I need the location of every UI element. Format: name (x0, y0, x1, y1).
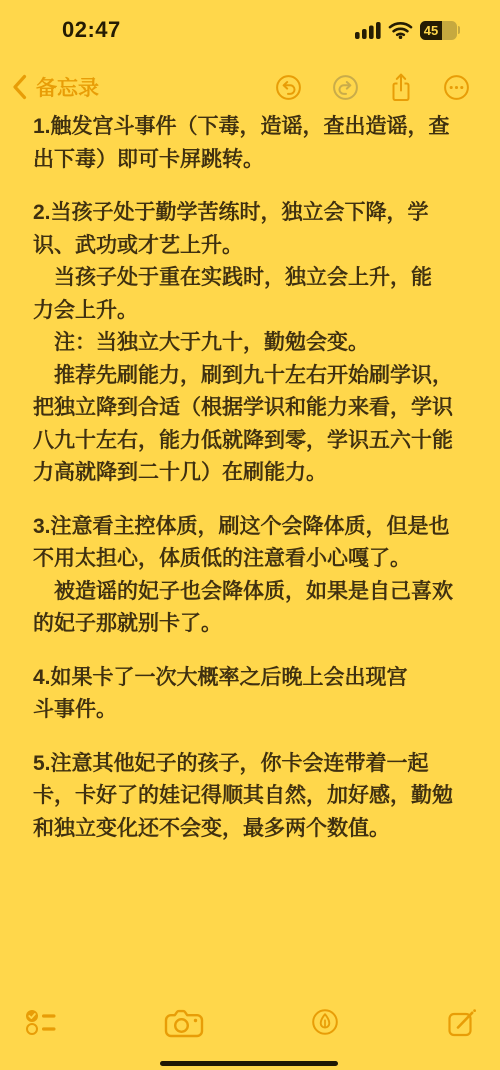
back-chevron-icon (12, 74, 27, 100)
note-line: 八九十左右，能力低就降到零，学识五六十能 (33, 425, 482, 458)
nav-actions (275, 72, 470, 103)
share-icon (389, 72, 413, 103)
note-content[interactable]: 1.触发宫斗事件（下毒，造谣，查出造谣，查出下毒）即可卡屏跳转。2.当孩子处于勤… (33, 111, 482, 866)
note-line: 和独立变化还不会变，最多两个数值。 (33, 813, 482, 846)
note-paragraph: 2.当孩子处于勤学苦练时，独立会下降，学识、武功或才艺上升。 当孩子处于重在实践… (33, 197, 482, 490)
bottom-toolbar (0, 999, 500, 1045)
notes-app-screen: 02:47 45 (0, 0, 500, 1070)
note-line: 出下毒）即可卡屏跳转。 (33, 144, 482, 177)
more-icon (443, 74, 470, 101)
note-line: 卡，卡好了的娃记得顺其自然，加好感，勤勉 (33, 780, 482, 813)
note-line: 识、武功或才艺上升。 (33, 230, 482, 263)
compose-button[interactable] (447, 1007, 477, 1037)
markup-icon (310, 1007, 340, 1037)
note-line: 不用太担心，体质低的注意看小心嘎了。 (33, 543, 482, 576)
compose-icon (447, 1007, 477, 1037)
battery-icon: 45 (420, 21, 461, 40)
checklist-icon (25, 1009, 57, 1036)
camera-button[interactable] (164, 1007, 204, 1038)
cellular-signal-icon (355, 21, 381, 40)
share-button[interactable] (389, 72, 413, 103)
note-line: 注：当独立大于九十，勤勉会变。 (33, 327, 482, 360)
status-time: 02:47 (62, 17, 121, 43)
home-indicator[interactable] (160, 1061, 338, 1066)
status-icons: 45 (355, 21, 461, 40)
note-line: 把独立降到合适（根据学识和能力来看，学识 (33, 392, 482, 425)
back-button[interactable]: 备忘录 (12, 72, 99, 102)
note-line: 3.注意看主控体质，刷这个会降体质，但是也 (33, 511, 482, 544)
note-paragraph: 1.触发宫斗事件（下毒，造谣，查出造谣，查出下毒）即可卡屏跳转。 (33, 111, 482, 176)
note-line: 被造谣的妃子也会降体质，如果是自己喜欢 (33, 576, 482, 609)
checklist-button[interactable] (25, 1009, 57, 1036)
undo-button[interactable] (275, 74, 302, 101)
note-line: 力会上升。 (33, 295, 482, 328)
note-line: 4.如果卡了一次大概率之后晚上会出现宫 (33, 662, 482, 695)
undo-icon (275, 74, 302, 101)
more-button[interactable] (443, 74, 470, 101)
note-line: 力高就降到二十几）在刷能力。 (33, 457, 482, 490)
battery-nub (458, 26, 461, 34)
markup-button[interactable] (310, 1007, 340, 1037)
note-line: 当孩子处于重在实践时，独立会上升，能 (33, 262, 482, 295)
note-line: 的妃子那就别卡了。 (33, 608, 482, 641)
note-paragraph: 4.如果卡了一次大概率之后晚上会出现宫斗事件。 (33, 662, 482, 727)
camera-icon (164, 1007, 204, 1038)
note-paragraph: 3.注意看主控体质，刷这个会降体质，但是也不用太担心，体质低的注意看小心嘎了。 … (33, 511, 482, 641)
note-line: 2.当孩子处于勤学苦练时，独立会下降，学 (33, 197, 482, 230)
note-paragraph: 5.注意其他妃子的孩子，你卡会连带着一起卡，卡好了的娃记得顺其自然，加好感，勤勉… (33, 748, 482, 846)
note-line: 5.注意其他妃子的孩子，你卡会连带着一起 (33, 748, 482, 781)
status-bar: 02:47 45 (0, 0, 500, 54)
back-label: 备忘录 (36, 72, 99, 102)
wifi-icon (388, 21, 413, 39)
note-line: 斗事件。 (33, 694, 482, 727)
redo-button[interactable] (332, 74, 359, 101)
note-line: 1.触发宫斗事件（下毒，造谣，查出造谣，查 (33, 111, 482, 144)
redo-icon (332, 74, 359, 101)
nav-bar: 备忘录 (0, 62, 500, 112)
battery-percent: 45 (420, 21, 443, 40)
note-line: 推荐先刷能力，刷到九十左右开始刷学识， (33, 360, 482, 393)
